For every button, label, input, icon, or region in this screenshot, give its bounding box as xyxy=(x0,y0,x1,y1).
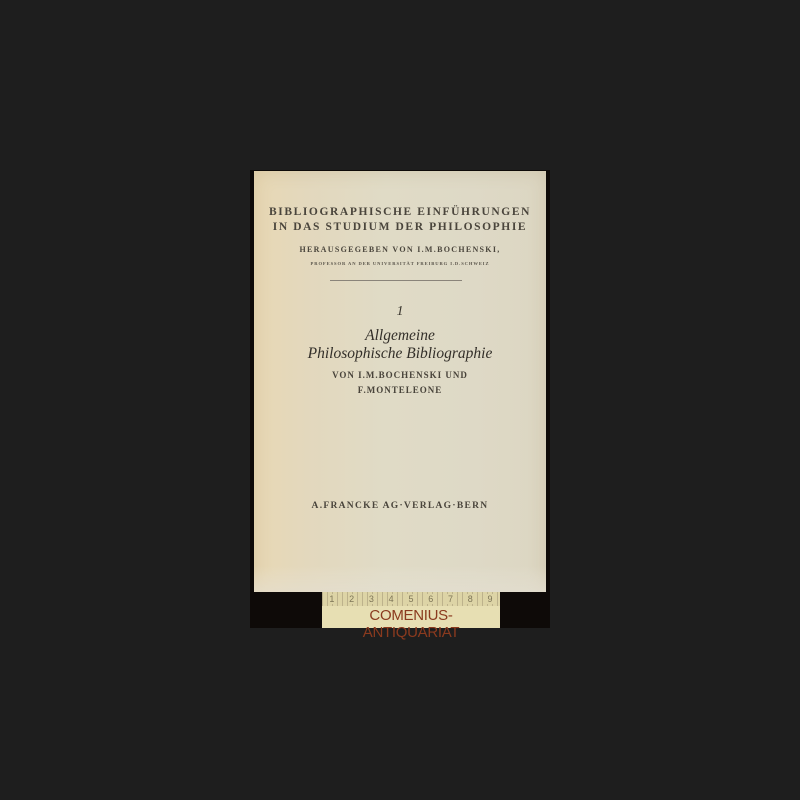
authors-line1: VON I.M.BOCHENSKI UND xyxy=(254,370,546,380)
ruler-brand-label: COMENIUS-ANTIQUARIAT xyxy=(322,607,500,641)
ruler-number: 8 xyxy=(467,594,474,604)
ruler-number: 6 xyxy=(427,594,434,604)
ruler-number: 4 xyxy=(388,594,395,604)
editor-line: HERAUSGEGEBEN VON I.M.BOCHENSKI, xyxy=(254,245,546,254)
volume-number: 1 xyxy=(254,304,546,320)
scale-ruler: 1 2 3 4 5 6 7 8 9 COMENIUS-ANTIQUARIAT xyxy=(322,592,500,628)
title-line2: Philosophische Bibliographie xyxy=(254,345,546,363)
ruler-number: 7 xyxy=(447,594,454,604)
ruler-scale: 1 2 3 4 5 6 7 8 9 xyxy=(322,592,500,606)
ruler-number: 5 xyxy=(407,594,414,604)
book-cover: BIBLIOGRAPHISCHE EINFÜHRUNGEN IN DAS STU… xyxy=(254,171,546,592)
ruler-number: 2 xyxy=(348,594,355,604)
series-title-line1: BIBLIOGRAPHISCHE EINFÜHRUNGEN xyxy=(254,206,546,218)
publisher-line: A.FRANCKE AG·VERLAG·BERN xyxy=(254,501,546,511)
authors-line2: F.MONTELEONE xyxy=(254,385,546,395)
ruler-number: 9 xyxy=(487,594,494,604)
ruler-number: 3 xyxy=(368,594,375,604)
ruler-number: 1 xyxy=(328,594,335,604)
affiliation-line: PROFESSOR AN DER UNIVERSITÄT FREIBURG I.… xyxy=(254,261,546,266)
title-line1: Allgemeine xyxy=(254,327,546,345)
divider-rule xyxy=(330,280,462,281)
series-title-line2: IN DAS STUDIUM DER PHILOSOPHIE xyxy=(254,221,546,233)
